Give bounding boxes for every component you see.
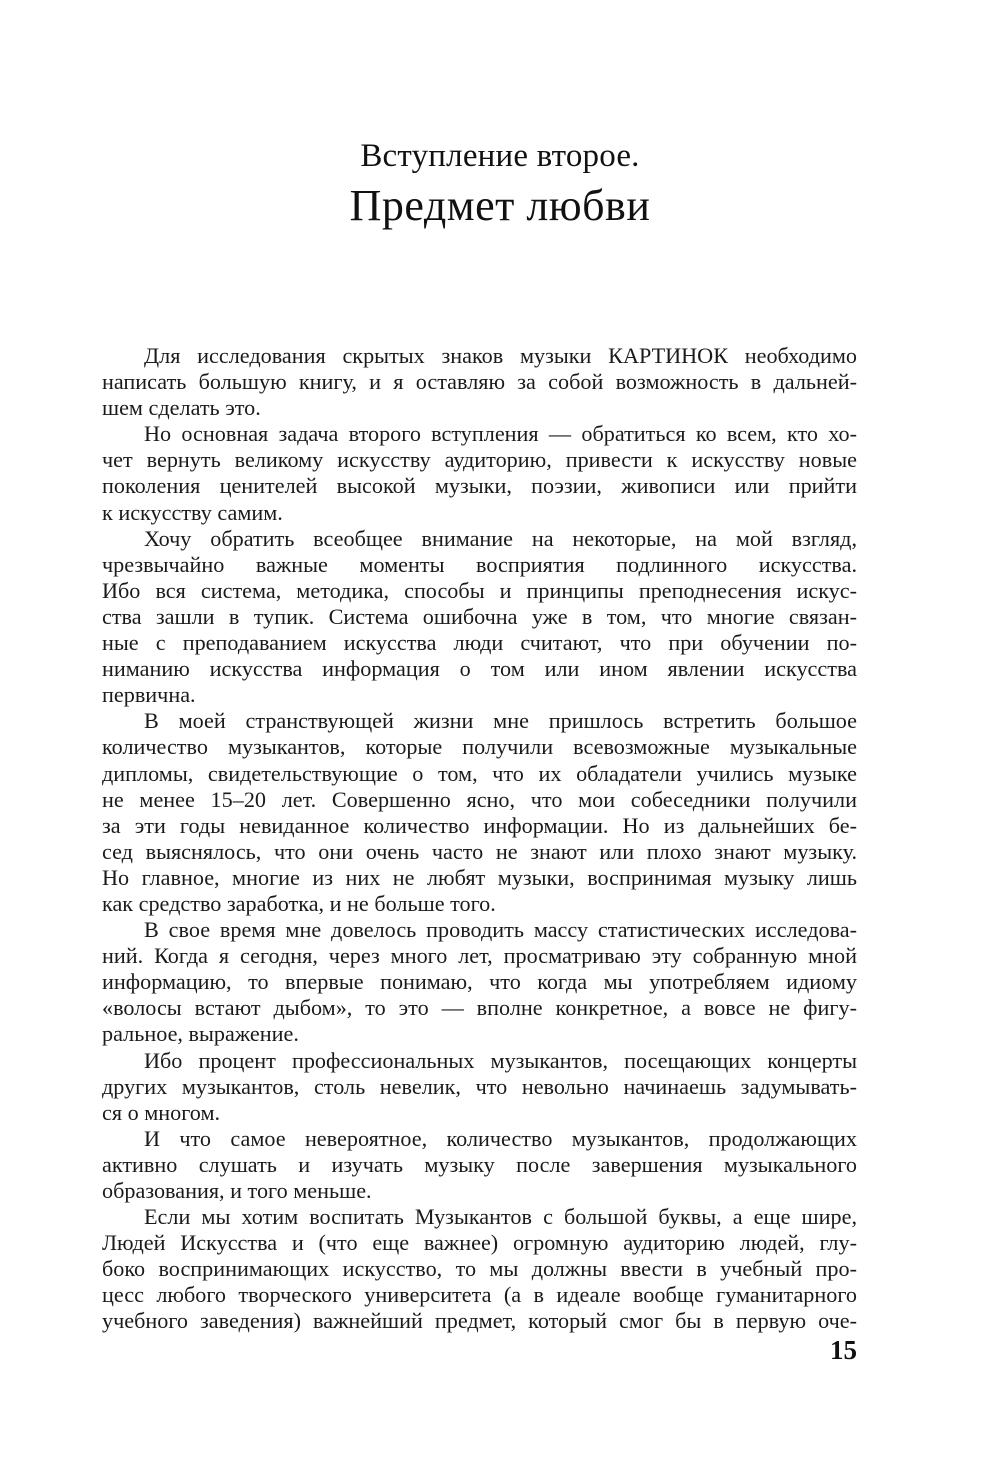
text-line: поколения ценителей высокой музыки, поэз…	[102, 473, 857, 499]
text-line: Но главное, многие из них не любят музык…	[102, 865, 857, 891]
text-line: первична.	[102, 682, 857, 708]
text-line: активно слушать и изучать музыку после з…	[102, 1152, 857, 1178]
text-line: Если мы хотим воспитать Музыкантов с бол…	[102, 1204, 857, 1230]
text-line: цесс любого творческого университета (а …	[102, 1282, 857, 1308]
text-line: Для исследования скрытых знаков музыки К…	[102, 343, 857, 369]
text-line: сед выяснялось, что они очень часто не з…	[102, 839, 857, 865]
paragraph: Ибо процент профессиональных музыкантов,…	[102, 1048, 857, 1126]
text-line: Хочу обратить всеобщее внимание на некот…	[102, 526, 857, 552]
text-line: Ибо процент профессиональных музыкантов,…	[102, 1048, 857, 1074]
paragraph: Но основная задача второго вступления — …	[102, 421, 857, 525]
paragraph: Если мы хотим воспитать Музыкантов с бол…	[102, 1204, 857, 1334]
text-line: Людей Искусства и (что еще важнее) огром…	[102, 1230, 857, 1256]
paragraph: В моей странствующей жизни мне пришлось …	[102, 708, 857, 917]
text-line: количество музыкантов, которые получили …	[102, 734, 857, 760]
text-line: ные с преподаванием искусства люди счита…	[102, 630, 857, 656]
text-line: чрезвычайно важные моменты восприятия по…	[102, 552, 857, 578]
text-line: к искусству самим.	[102, 500, 857, 526]
text-line: В свое время мне довелось проводить масс…	[102, 917, 857, 943]
text-line: за эти годы невиданное количество информ…	[102, 813, 857, 839]
text-line: ниманию искусства информация о том или и…	[102, 656, 857, 682]
text-line: как средство заработка, и не больше того…	[102, 891, 857, 917]
text-line: образования, и того меньше.	[102, 1178, 857, 1204]
chapter-title-line-1: Вступление второе.	[0, 138, 1000, 175]
paragraph: В свое время мне довелось проводить масс…	[102, 917, 857, 1047]
text-line: ся о многом.	[102, 1100, 857, 1126]
text-line: «волосы встают дыбом», то это — вполне к…	[102, 995, 857, 1021]
body-text: Для исследования скрытых знаков музыки К…	[102, 343, 857, 1335]
paragraph: Хочу обратить всеобщее внимание на некот…	[102, 526, 857, 709]
text-line: Но основная задача второго вступления — …	[102, 421, 857, 447]
text-line: В моей странствующей жизни мне пришлось …	[102, 708, 857, 734]
text-line: И что самое невероятное, количество музы…	[102, 1126, 857, 1152]
text-line: информацию, то впервые понимаю, что когд…	[102, 969, 857, 995]
text-line: Ибо вся система, методика, способы и при…	[102, 578, 857, 604]
paragraph: Для исследования скрытых знаков музыки К…	[102, 343, 857, 421]
text-line: написать большую книгу, и я оставляю за …	[102, 369, 857, 395]
text-line: ральное, выражение.	[102, 1021, 857, 1047]
text-line: шем сделать это.	[102, 395, 857, 421]
chapter-title-line-2: Предмет любви	[0, 180, 1000, 231]
text-line: ний. Когда я сегодня, через много лет, п…	[102, 943, 857, 969]
text-line: боко воспринимающих искусство, то мы дол…	[102, 1256, 857, 1282]
text-line: чет вернуть великому искусству аудиторию…	[102, 447, 857, 473]
text-line: дипломы, свидетельствующие о том, что их…	[102, 761, 857, 787]
text-line: не менее 15–20 лет. Совершенно ясно, что…	[102, 787, 857, 813]
text-line: других музыкантов, столь невелик, что не…	[102, 1074, 857, 1100]
paragraph: И что самое невероятное, количество музы…	[102, 1126, 857, 1204]
text-line: учебного заведения) важнейший предмет, к…	[102, 1308, 857, 1334]
page-number: 15	[820, 1335, 857, 1366]
text-line: ства зашли в тупик. Система ошибочна уже…	[102, 604, 857, 630]
